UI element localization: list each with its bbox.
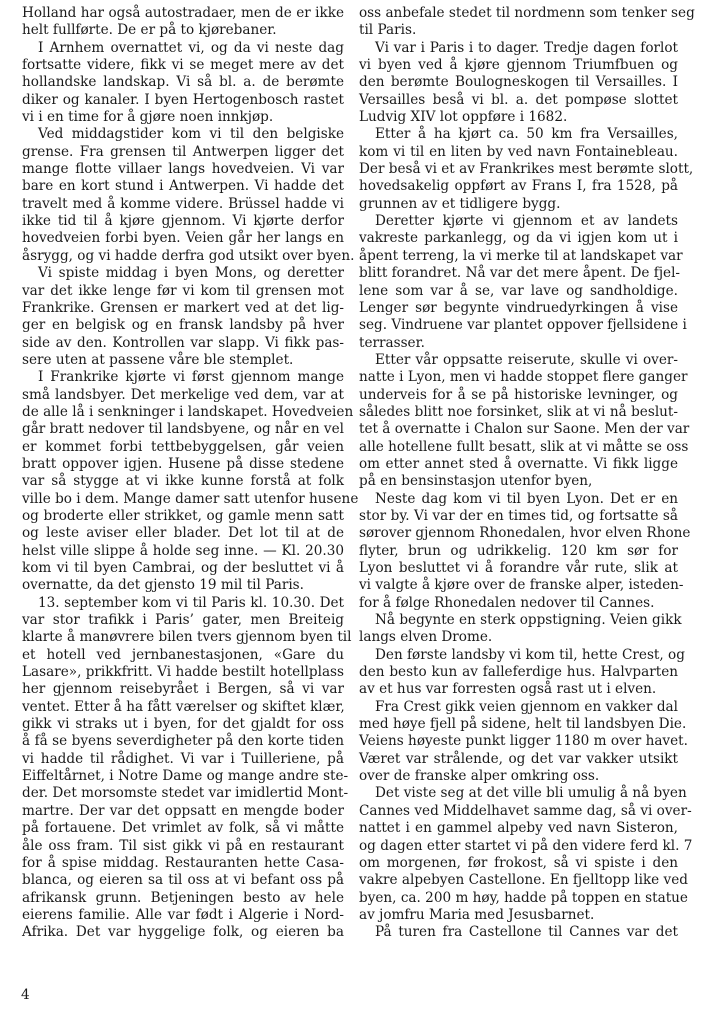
text-line: ger en belgisk og en fransk landsby på h… bbox=[22, 317, 344, 334]
text-line: var det ikke lenge før vi kom til grense… bbox=[22, 283, 344, 300]
text-line: ventet. Etter å ha fått værelser og skif… bbox=[22, 699, 344, 716]
text-line: Fra Crest gikk veien gjennom en vakker d… bbox=[359, 699, 678, 716]
text-line: stor by. Vi var der en times tid, og for… bbox=[359, 508, 678, 525]
text-line: og broderte eller strikket, og gamle men… bbox=[22, 508, 344, 525]
text-line: martre. Der var det oppsatt en mengde bo… bbox=[22, 803, 344, 820]
text-line: Etter vår oppsatte reiserute, skulle vi … bbox=[359, 352, 678, 369]
text-line: vi byen ved å kjøre gjennom Triumfbuen o… bbox=[359, 57, 678, 74]
text-line: travelt med å komme videre. Brüssel hadd… bbox=[22, 196, 344, 213]
text-line: sørover gjennom Rhonedalen, hvor elven R… bbox=[359, 525, 678, 542]
text-line: grense. Fra grensen til Antwerpen ligger… bbox=[22, 144, 344, 161]
text-line: her gjennom reisebyrået i Bergen, så vi … bbox=[22, 681, 344, 698]
scanned-page: Holland har også autostradaer, men de er… bbox=[0, 0, 706, 1014]
text-line: kom vi til byen Cambrai, og der beslutte… bbox=[22, 560, 344, 577]
text-line: å få se byens severdigheter på den korte… bbox=[22, 733, 344, 750]
text-line: grunnen av et tidligere bygg. bbox=[359, 196, 678, 213]
text-line: den besto kun av falleferdige hus. Halvp… bbox=[359, 664, 678, 681]
text-line: Lyon besluttet vi å forandre vår rute, s… bbox=[359, 560, 678, 577]
text-line: Det viste seg at det ville bli umulig å … bbox=[359, 785, 678, 802]
text-line: over de franske alper omkring oss. bbox=[359, 768, 678, 785]
text-line: hollandske landskap. Vi så bl. a. de ber… bbox=[22, 74, 344, 91]
text-line: med høye fjell på sidene, helt til lands… bbox=[359, 716, 678, 733]
text-line: var stor trafikk i Paris’ gater, men Bre… bbox=[22, 612, 344, 629]
text-line: tet å overnatte i Chalon sur Saone. Men … bbox=[359, 421, 678, 438]
text-line: hovedsakelig oppført av Frans I, fra 152… bbox=[359, 178, 678, 195]
text-line: mange flotte villaer langs hovedveien. V… bbox=[22, 161, 344, 178]
text-line: Ludvig XIV lot oppføre i 1682. bbox=[359, 109, 678, 126]
text-line: kom vi til en liten by ved navn Fontaine… bbox=[359, 144, 678, 161]
text-line: blitt forandret. Nå var det mere åpent. … bbox=[359, 265, 678, 282]
text-line: åpent terreng, la vi merke til at landsk… bbox=[359, 248, 678, 265]
text-line: flyter, brun og udrikkelig. 120 km sør f… bbox=[359, 543, 678, 560]
text-line: var så stygge at vi ikke kunne forstå at… bbox=[22, 473, 344, 490]
left-text-column: Holland har også autostradaer, men de er… bbox=[22, 5, 344, 942]
text-line: Lenger sør begynte vindruedyrkingen å vi… bbox=[359, 300, 678, 317]
text-line: lene som var å se, var lave og sandholdi… bbox=[359, 283, 678, 300]
text-line: helt fullførte. De er på to kjørebaner. bbox=[22, 22, 344, 39]
text-line: og dagen etter startet vi på den videre … bbox=[359, 838, 678, 855]
text-line: langs elven Drome. bbox=[359, 629, 678, 646]
text-line: Ved middagstider kom vi til den belgiske bbox=[22, 126, 344, 143]
text-line: Deretter kjørte vi gjennom et av landets bbox=[359, 213, 678, 230]
text-line: afrikansk grunn. Betjeningen besto av he… bbox=[22, 890, 344, 907]
text-line: bare en kort stund i Antwerpen. Vi hadde… bbox=[22, 178, 344, 195]
text-line: på en bensinstasjon utenfor byen, bbox=[359, 473, 678, 490]
text-line: gikk vi straks ut i byen, for det gjaldt… bbox=[22, 716, 344, 733]
text-line: vi hadde til rådighet. Vi var i Tuilleri… bbox=[22, 751, 344, 768]
text-line: sere uten at passene våre ble stemplet. bbox=[22, 352, 344, 369]
text-line: vakre alpebyen Castellone. En fjelltopp … bbox=[359, 872, 678, 889]
text-line: til Paris. bbox=[359, 22, 678, 39]
text-line: for å spise middag. Restauranten hette C… bbox=[22, 855, 344, 872]
text-line: et hotell ved jernbanestasjonen, «Gare d… bbox=[22, 647, 344, 664]
page-number: 4 bbox=[21, 987, 30, 1003]
text-line: er kommet forbi tettbebyggelsen, går vei… bbox=[22, 439, 344, 456]
text-line: av jomfru Maria med Jesusbarnet. bbox=[359, 907, 678, 924]
text-line: Veiens høyeste punkt ligger 1180 m over … bbox=[359, 733, 678, 750]
text-line: side av den. Kontrollen var slapp. Vi fi… bbox=[22, 335, 344, 352]
text-line: byen, ca. 200 m høy, hadde på toppen en … bbox=[359, 890, 678, 907]
text-line: ikke tid til å kjøre gjennom. Vi kjørte … bbox=[22, 213, 344, 230]
text-line: Neste dag kom vi til byen Lyon. Det er e… bbox=[359, 491, 678, 508]
text-line: Cannes ved Middelhavet samme dag, så vi … bbox=[359, 803, 678, 820]
text-line: Afrika. Det var hyggelige folk, og eiere… bbox=[22, 924, 344, 941]
text-line: eierens familie. Alle var født i Algerie… bbox=[22, 907, 344, 924]
text-line: diker og kanaler. I byen Hertogenbosch r… bbox=[22, 92, 344, 109]
text-line: Holland har også autostradaer, men de er… bbox=[22, 5, 344, 22]
text-line: Lasare», prikkfritt. Vi hadde bestilt ho… bbox=[22, 664, 344, 681]
text-line: åsrygg, og vi hadde derfra god utsikt ov… bbox=[22, 248, 344, 265]
text-line: helst ville slippe å holde seg inne. — K… bbox=[22, 543, 344, 560]
text-line: åle oss fram. Til sist gikk vi på en res… bbox=[22, 838, 344, 855]
text-line: Eiffeltårnet, i Notre Dame og mange andr… bbox=[22, 768, 344, 785]
text-line: om etter annet sted å overnatte. Vi fikk… bbox=[359, 456, 678, 473]
text-line: Versailles beså vi bl. a. det pompøse sl… bbox=[359, 92, 678, 109]
text-line: om morgenen, før frokost, så vi spiste i… bbox=[359, 855, 678, 872]
text-line: underveis for å se på historiske levning… bbox=[359, 387, 678, 404]
text-line: hovedveien forbi byen. Veien går her lan… bbox=[22, 230, 344, 247]
text-line: fortsatte videre, fikk vi se meget mere … bbox=[22, 57, 344, 74]
text-line: alle hotellene fullt besatt, slik at vi … bbox=[359, 439, 678, 456]
text-line: natte i Lyon, men vi hadde stoppet flere… bbox=[359, 369, 678, 386]
text-line: små landsbyer. Det merkelige ved dem, va… bbox=[22, 387, 344, 404]
text-line: av et hus var forresten også rast ut i e… bbox=[359, 681, 678, 698]
text-line: Vi spiste middag i byen Mons, og derette… bbox=[22, 265, 344, 282]
text-line: Frankrike. Grensen er markert ved at det… bbox=[22, 300, 344, 317]
text-line: Etter å ha kjørt ca. 50 km fra Versaille… bbox=[359, 126, 678, 143]
right-text-column: oss anbefale stedet til nordmenn som ten… bbox=[359, 5, 678, 942]
text-line: Der beså vi et av Frankrikes mest berømt… bbox=[359, 161, 678, 178]
text-line: vakreste parkanlegg, og da vi igjen kom … bbox=[359, 230, 678, 247]
text-line: og leste aviser eller blader. Det lot ti… bbox=[22, 525, 344, 542]
text-line: seg. Vindruene var plantet oppover fjell… bbox=[359, 317, 678, 334]
text-line: Den første landsby vi kom til, hette Cre… bbox=[359, 647, 678, 664]
text-line: på fortauene. Det vrimlet av folk, så vi… bbox=[22, 820, 344, 837]
text-line: Nå begynte en sterk oppstigning. Veien g… bbox=[359, 612, 678, 629]
text-line: går bratt nedover til landsbyene, og når… bbox=[22, 421, 344, 438]
text-line: overnatte, da det gjensto 19 mil til Par… bbox=[22, 577, 344, 594]
text-line: der. Det morsomste stedet var imidlertid… bbox=[22, 785, 344, 802]
text-line: vi i en time for å gjøre noen innkjøp. bbox=[22, 109, 344, 126]
text-line: for å følge Rhonedalen nedover til Canne… bbox=[359, 595, 678, 612]
text-line: Været var strålende, og det var vakker u… bbox=[359, 751, 678, 768]
text-line: de alle lå i senkninger i landskapet. Ho… bbox=[22, 404, 344, 421]
text-line: Vi var i Paris i to dager. Tredje dagen … bbox=[359, 40, 678, 57]
text-line: klarte å manøvrere bilen tvers gjennom b… bbox=[22, 629, 344, 646]
text-line: således blitt noe forsinket, slik at vi … bbox=[359, 404, 678, 421]
text-line: blanca, og eieren sa til oss at vi befan… bbox=[22, 872, 344, 889]
text-line: terrasser. bbox=[359, 335, 678, 352]
text-line: nattet i en gammel alpeby ved navn Siste… bbox=[359, 820, 678, 837]
text-line: På turen fra Castellone til Cannes var d… bbox=[359, 924, 678, 941]
text-line: den berømte Boulogneskogen til Versaille… bbox=[359, 74, 678, 91]
text-line: oss anbefale stedet til nordmenn som ten… bbox=[359, 5, 678, 22]
text-line: vi valgte å kjøre over de franske alper,… bbox=[359, 577, 678, 594]
text-line: 13. september kom vi til Paris kl. 10.30… bbox=[22, 595, 344, 612]
text-line: bratt oppover igjen. Husene på disse ste… bbox=[22, 456, 344, 473]
text-line: I Arnhem overnattet vi, og da vi neste d… bbox=[22, 40, 344, 57]
text-line: I Frankrike kjørte vi først gjennom mang… bbox=[22, 369, 344, 386]
text-line: ville bo i dem. Mange damer satt utenfor… bbox=[22, 491, 344, 508]
